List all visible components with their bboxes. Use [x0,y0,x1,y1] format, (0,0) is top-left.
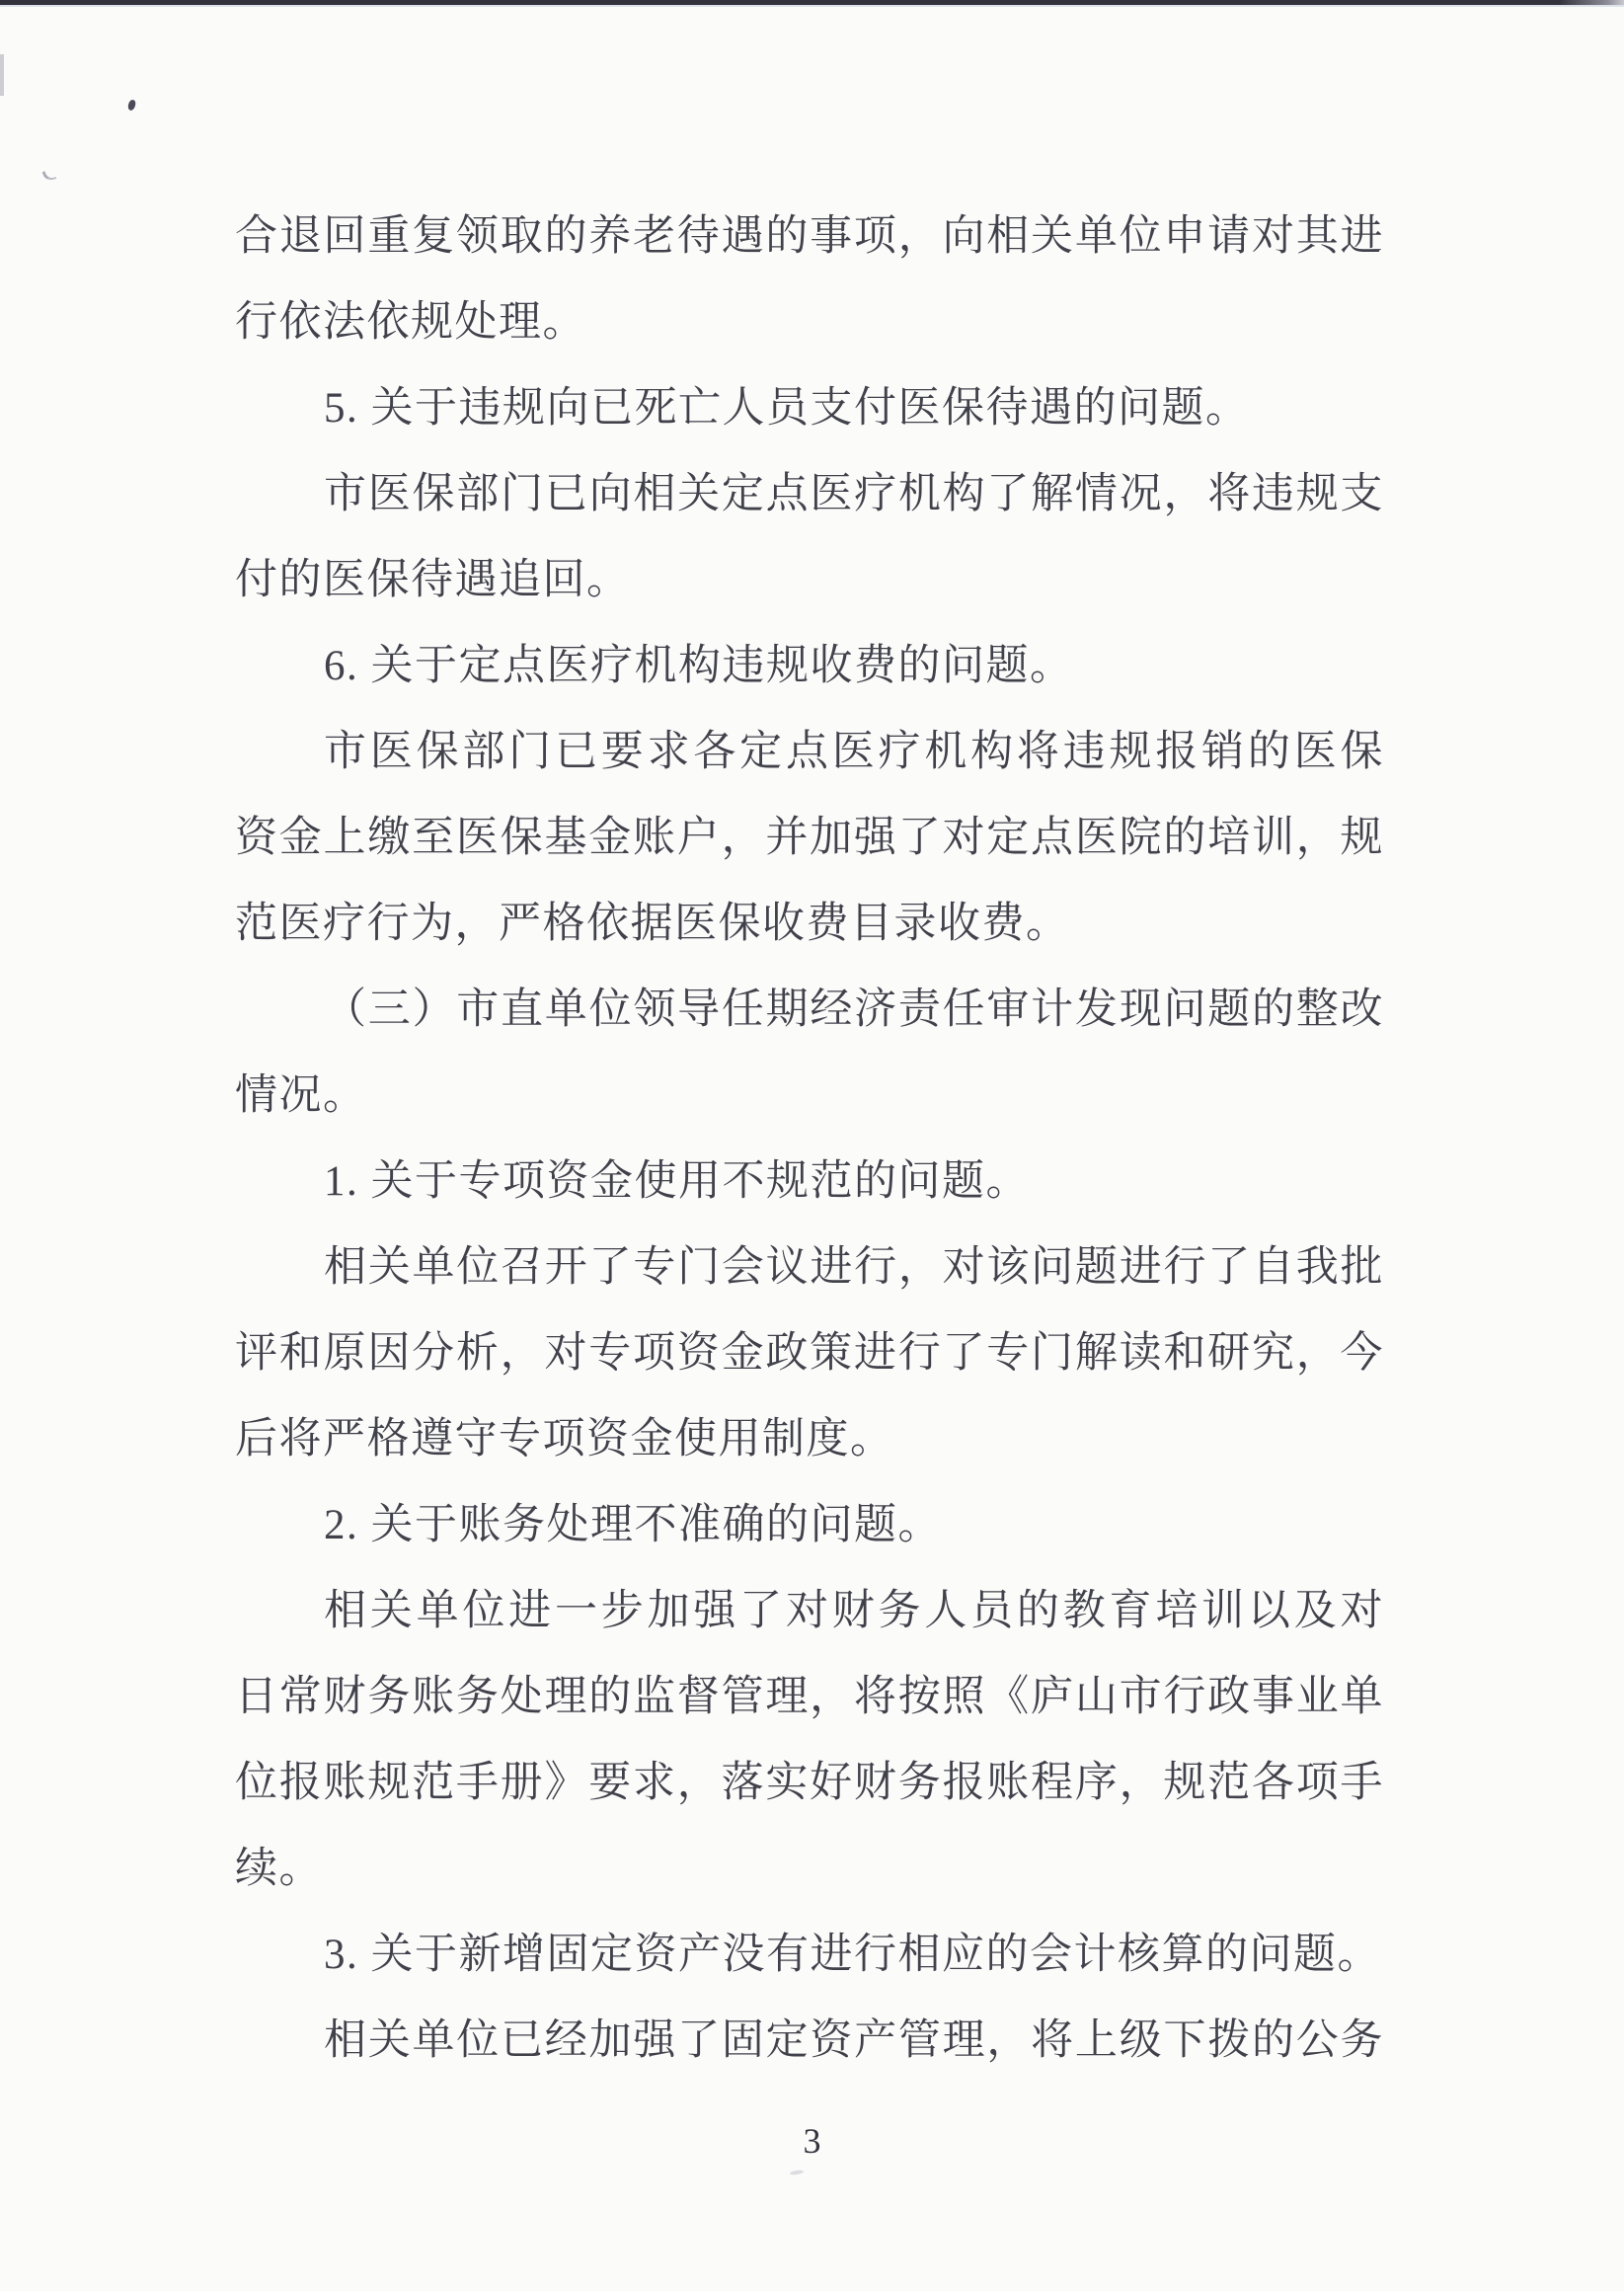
text-line: 相关单位召开了专门会议进行，对该问题进行了自我批 [235,1224,1384,1310]
text-line: 市医保部门已要求各定点医疗机构将违规报销的医保 [235,709,1384,795]
text-line: 付的医保待遇追回。 [235,537,1384,623]
scan-edge-smudge [0,54,4,96]
text-line: 行依法依规处理。 [235,279,1384,365]
scan-speck-dot [127,99,136,111]
text-line: 位报账规范手册》要求，落实好财务报账程序，规范各项手 [235,1740,1384,1826]
text-line: 续。 [235,1826,1384,1912]
text-block: 合退回重复领取的养老待遇的事项，向相关单位申请对其进行依法依规处理。5. 关于违… [235,194,1384,2084]
text-line: 范医疗行为，严格依据医保收费目录收费。 [235,881,1384,967]
scanned-document-page: 合退回重复领取的养老待遇的事项，向相关单位申请对其进行依法依规处理。5. 关于违… [0,0,1624,2291]
text-line: 情况。 [235,1053,1384,1139]
text-line: 合退回重复领取的养老待遇的事项，向相关单位申请对其进 [235,194,1384,279]
text-line: 资金上缴至医保基金账户，并加强了对定点医院的培训，规 [235,795,1384,881]
text-line: 日常财务账务处理的监督管理，将按照《庐山市行政事业单 [235,1654,1384,1740]
text-line: 1. 关于专项资金使用不规范的问题。 [235,1139,1384,1224]
scanner-edge-tint [0,5,1624,7]
text-line: 2. 关于账务处理不准确的问题。 [235,1482,1384,1568]
page-number: 3 [0,2119,1624,2163]
text-line: （三）市直单位领导任期经济责任审计发现问题的整改 [235,967,1384,1053]
scan-faint-smudge [790,2170,804,2175]
text-line: 3. 关于新增固定资产没有进行相应的会计核算的问题。 [235,1912,1384,1998]
text-line: 评和原因分析，对专项资金政策进行了专门解读和研究，今 [235,1310,1384,1396]
scan-speck-tick [42,168,57,182]
text-line: 6. 关于定点医疗机构违规收费的问题。 [235,623,1384,709]
text-line: 市医保部门已向相关定点医疗机构了解情况，将违规支 [235,451,1384,537]
text-line: 5. 关于违规向已死亡人员支付医保待遇的问题。 [235,365,1384,451]
text-line: 相关单位已经加强了固定资产管理，将上级下拨的公务 [235,1998,1384,2084]
text-line: 后将严格遵守专项资金使用制度。 [235,1396,1384,1482]
text-line: 相关单位进一步加强了对财务人员的教育培训以及对 [235,1568,1384,1654]
